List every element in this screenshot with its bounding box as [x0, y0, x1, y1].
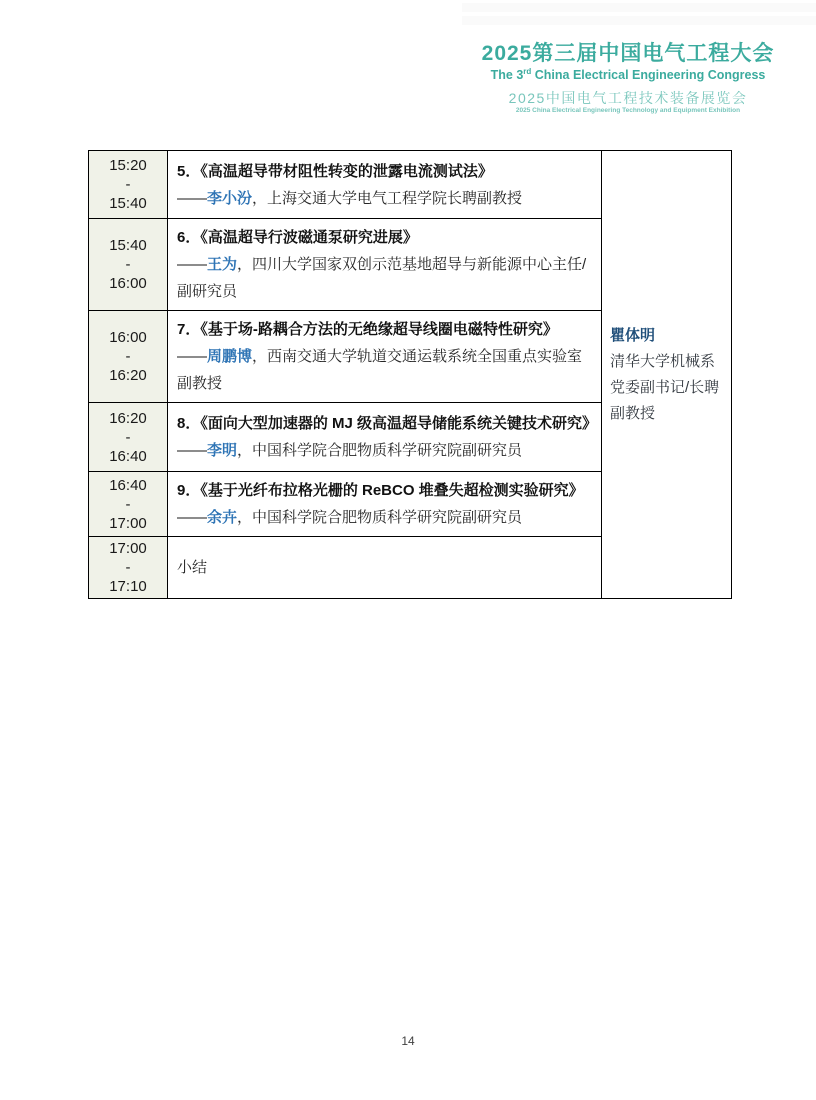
- summary-cell: 小结: [168, 537, 602, 599]
- page-number: 14: [0, 1034, 816, 1048]
- speaker-line: ——王为，四川大学国家双创示范基地超导与新能源中心主任/副研究员: [177, 251, 595, 305]
- time-cell: 15:20 - 15:40: [89, 151, 168, 219]
- speaker-dash: ——: [177, 256, 207, 273]
- speaker-line: ——李小汾，上海交通大学电气工程学院长聘副教授: [177, 185, 595, 212]
- logo-subtitle-en: 2025 China Electrical Engineering Techno…: [450, 107, 806, 114]
- time-cell: 17:00 - 17:10: [89, 537, 168, 599]
- speaker-name: 李小汾: [207, 190, 252, 207]
- session-title: 5．《高温超导带材阻性转变的泄露电流测试法》: [177, 158, 595, 185]
- table-row: 15:20 - 15:40 5．《高温超导带材阻性转变的泄露电流测试法》 ——李…: [89, 151, 732, 219]
- speaker-name: 余卉: [207, 509, 237, 526]
- time-separator: -: [89, 428, 167, 447]
- logo-subtitle-cn: 2025中国电气工程技术装备展览会: [450, 90, 806, 106]
- time-cell: 16:00 - 16:20: [89, 311, 168, 403]
- document-page: 2025第三届中国电气工程大会 The 3rd China Electrical…: [0, 0, 816, 1100]
- speaker-line: ——李明，中国科学院合肥物质科学研究院副研究员: [177, 437, 595, 464]
- time-end: 16:40: [89, 447, 167, 466]
- session-cell: 9．《基于光纤布拉格光栅的 ReBCO 堆叠失超检测实验研究》 ——余卉，中国科…: [168, 472, 602, 537]
- decorative-band: [462, 16, 816, 25]
- time-separator: -: [89, 495, 167, 514]
- chair-affiliation-line: 党委副书记/长聘: [610, 375, 727, 401]
- speaker-affiliation: ，中国科学院合肥物质科学研究院副研究员: [237, 442, 522, 459]
- time-cell: 15:40 - 16:00: [89, 219, 168, 311]
- time-end: 16:20: [89, 366, 167, 385]
- time-separator: -: [89, 347, 167, 366]
- speaker-dash: ——: [177, 509, 207, 526]
- speaker-affiliation: ，中国科学院合肥物质科学研究院副研究员: [237, 509, 522, 526]
- session-cell: 7．《基于场-路耦合方法的无绝缘超导线圈电磁特性研究》 ——周鹏博，西南交通大学…: [168, 311, 602, 403]
- session-cell: 6．《高温超导行波磁通泵研究进展》 ——王为，四川大学国家双创示范基地超导与新能…: [168, 219, 602, 311]
- speaker-name: 王为: [207, 256, 237, 273]
- logo-title-cn: 2025第三届中国电气工程大会: [450, 42, 806, 66]
- session-title: 9．《基于光纤布拉格光栅的 ReBCO 堆叠失超检测实验研究》: [177, 477, 595, 504]
- time-separator: -: [89, 558, 167, 577]
- logo-title-en-pre: The 3: [491, 68, 524, 82]
- chair-affiliation-line: 副教授: [610, 401, 727, 427]
- time-start: 15:40: [89, 236, 167, 255]
- time-separator: -: [89, 255, 167, 274]
- speaker-line: ——余卉，中国科学院合肥物质科学研究院副研究员: [177, 504, 595, 531]
- schedule-table: 15:20 - 15:40 5．《高温超导带材阻性转变的泄露电流测试法》 ——李…: [88, 150, 732, 599]
- time-end: 17:00: [89, 514, 167, 533]
- time-start: 16:00: [89, 328, 167, 347]
- time-end: 16:00: [89, 274, 167, 293]
- session-cell: 5．《高温超导带材阻性转变的泄露电流测试法》 ——李小汾，上海交通大学电气工程学…: [168, 151, 602, 219]
- session-title: 8．《面向大型加速器的 MJ 级高温超导储能系统关键技术研究》: [177, 410, 595, 437]
- logo-title-en-post: China Electrical Engineering Congress: [531, 68, 765, 82]
- speaker-affiliation: ，上海交通大学电气工程学院长聘副教授: [252, 190, 522, 207]
- chair-affiliation-line: 清华大学机械系: [610, 349, 727, 375]
- speaker-dash: ——: [177, 348, 207, 365]
- session-title: 6．《高温超导行波磁通泵研究进展》: [177, 224, 595, 251]
- decorative-band: [462, 3, 816, 12]
- logo-title-en: The 3rd China Electrical Engineering Con…: [450, 67, 806, 83]
- time-separator: -: [89, 175, 167, 194]
- speaker-affiliation: ，四川大学国家双创示范基地超导与新能源中心主任/副研究员: [177, 256, 586, 300]
- time-start: 16:40: [89, 476, 167, 495]
- speaker-name: 周鹏博: [207, 348, 252, 365]
- time-start: 15:20: [89, 156, 167, 175]
- speaker-dash: ——: [177, 190, 207, 207]
- time-cell: 16:20 - 16:40: [89, 403, 168, 472]
- congress-logo: 2025第三届中国电气工程大会 The 3rd China Electrical…: [450, 42, 806, 114]
- time-cell: 16:40 - 17:00: [89, 472, 168, 537]
- time-end: 17:10: [89, 577, 167, 596]
- time-start: 16:20: [89, 409, 167, 428]
- speaker-name: 李明: [207, 442, 237, 459]
- speaker-line: ——周鹏博，西南交通大学轨道交通运载系统全国重点实验室副教授: [177, 343, 595, 397]
- summary-label: 小结: [177, 554, 595, 581]
- chair-cell: 瞿体明 清华大学机械系 党委副书记/长聘 副教授: [602, 151, 732, 599]
- time-end: 15:40: [89, 194, 167, 213]
- session-cell: 8．《面向大型加速器的 MJ 级高温超导储能系统关键技术研究》 ——李明，中国科…: [168, 403, 602, 472]
- time-start: 17:00: [89, 539, 167, 558]
- speaker-dash: ——: [177, 442, 207, 459]
- chair-name: 瞿体明: [610, 323, 727, 349]
- session-title: 7．《基于场-路耦合方法的无绝缘超导线圈电磁特性研究》: [177, 316, 595, 343]
